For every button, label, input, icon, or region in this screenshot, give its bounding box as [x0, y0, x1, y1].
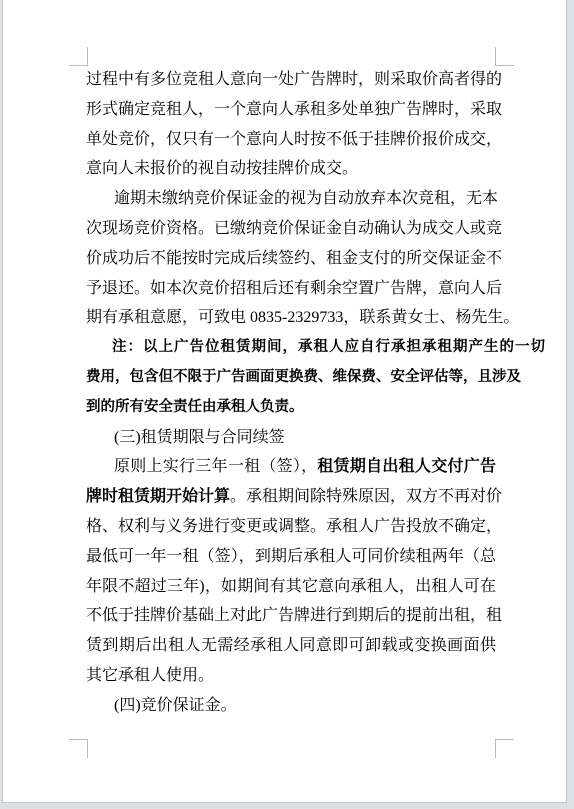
- text-line: 单处竞价，仅只有一个意向人时按不低于挂牌价报价成交，: [86, 125, 496, 155]
- text-area: 过程中有多位竞租人意向一处广告牌时，则采取价高者得的形式确定竞租人，一个意向人承…: [86, 65, 496, 721]
- text-line: 牌时租赁期开始计算。承租期间除特殊原因，双方不再对价: [86, 482, 496, 512]
- crop-mark-top-right-icon: [495, 47, 514, 66]
- text-line: 不低于挂牌价基础上对此广告牌进行到期后的提前出租，租: [86, 601, 496, 631]
- text-run: 价成功后不能按时完成后续签约、租金支付的所交保证金不: [86, 250, 502, 267]
- text-line: 形式确定竞租人，一个意向人承租多处单独广告牌时，采取: [86, 95, 496, 125]
- text-run: 。承租期间除特殊原因，双方不再对价: [230, 488, 502, 505]
- text-line: 次现场竞价资格。已缴纳竞价保证金自动确认为成交人或竞: [86, 214, 496, 244]
- text-run: 不低于挂牌价基础上对此广告牌进行到期后的提前出租，租: [86, 607, 502, 624]
- crop-mark-bottom-left-icon: [69, 739, 88, 758]
- text-run: 原则上实行三年一租（签），: [114, 458, 317, 475]
- heading-section-4: (四)竞价保证金。: [86, 691, 496, 721]
- bold-text-run: 牌时租赁期开始计算: [86, 488, 230, 505]
- para-deposit-forfeiture: 逾期未缴纳竞价保证金的视为自动放弃本次竞租，无本次现场竞价资格。已缴纳竞价保证金…: [86, 184, 496, 333]
- text-line: 其它承租人使用。: [86, 661, 496, 691]
- text-run: 年限不超过三年)，如期间有其它意向承租人，出租人可在: [86, 578, 496, 595]
- bold-text-run: 注：以上广告位租赁期间，承租人应自行承担承租期产生的一切: [112, 339, 545, 355]
- crop-mark-bottom-right-icon: [495, 739, 514, 758]
- text-run: (三)租赁期限与合同续签: [114, 429, 285, 446]
- text-line: 原则上实行三年一租（签），租赁期自出租人交付广告: [86, 452, 496, 482]
- text-line: 年限不超过三年)，如期间有其它意向承租人，出租人可在: [86, 572, 496, 602]
- text-line: 意向人未报价的视自动按挂牌价成交。: [86, 154, 496, 184]
- text-run: 格、权利与义务进行变更或调整。承租人广告投放不确定，: [86, 518, 502, 535]
- text-line: 费用，包含但不限于广告画面更换费、维保费、安全评估等，且涉及: [86, 363, 519, 393]
- text-line: 过程中有多位竞租人意向一处广告牌时，则采取价高者得的: [86, 65, 496, 95]
- text-run: (四)竞价保证金。: [114, 697, 237, 714]
- bold-text-run: 费用，包含但不限于广告画面更换费、维保费、安全评估等，且涉及: [86, 369, 521, 385]
- text-run: 其它承租人使用。: [86, 667, 214, 684]
- text-line: 赁到期后出租人无需经承租人同意即可卸载或变换画面供: [86, 631, 496, 661]
- bold-text-run: 租赁期自出租人交付广告: [317, 458, 496, 475]
- text-line: 注：以上广告位租赁期间，承租人应自行承担承租期产生的一切: [86, 333, 545, 363]
- heading-section-3: (三)租赁期限与合同续签: [86, 423, 496, 453]
- text-line: (三)租赁期限与合同续签: [86, 423, 496, 453]
- text-run: 赁到期后出租人无需经承租人同意即可卸载或变换画面供: [86, 637, 496, 654]
- text-run: 次现场竞价资格。已缴纳竞价保证金自动确认为成交人或竞: [86, 220, 502, 237]
- text-run: 意向人未报价的视自动按挂牌价成交。: [86, 160, 358, 177]
- text-line: 逾期未缴纳竞价保证金的视为自动放弃本次竞租，无本: [86, 184, 496, 214]
- text-line: 期有承租意愿，可致电 0835-2329733，联系黄女士、杨先生。: [86, 303, 496, 333]
- para-bidding-process: 过程中有多位竞租人意向一处广告牌时，则采取价高者得的形式确定竞租人，一个意向人承…: [86, 65, 496, 184]
- text-run: 予退还。如本次竞价招租后还有剩余空置广告牌，意向人后: [86, 280, 502, 297]
- bold-text-run: 到的所有安全责任由承租人负责。: [86, 399, 304, 415]
- crop-mark-top-left-icon: [69, 47, 88, 66]
- text-run: 逾期未缴纳竞价保证金的视为自动放弃本次竞租，无本: [114, 190, 498, 207]
- text-run: 形式确定竞租人，一个意向人承租多处单独广告牌时，采取: [86, 101, 502, 118]
- text-run: 过程中有多位竞租人意向一处广告牌时，则采取价高者得的: [86, 71, 502, 88]
- text-line: 予退还。如本次竞价招租后还有剩余空置广告牌，意向人后: [86, 274, 496, 304]
- text-line: (四)竞价保证金。: [86, 691, 496, 721]
- para-note: 注：以上广告位租赁期间，承租人应自行承担承租期产生的一切费用，包含但不限于广告画…: [86, 333, 496, 422]
- text-line: 格、权利与义务进行变更或调整。承租人广告投放不确定，: [86, 512, 496, 542]
- text-run: 期有承租意愿，可致电 0835-2329733，联系黄女士、杨先生。: [86, 309, 519, 326]
- para-lease-term: 原则上实行三年一租（签），租赁期自出租人交付广告牌时租赁期开始计算。承租期间除特…: [86, 452, 496, 690]
- text-line: 最低可一年一租（签），到期后承租人可同价续租两年（总: [86, 542, 496, 572]
- text-run: 最低可一年一租（签），到期后承租人可同价续租两年（总: [86, 548, 496, 565]
- document-page: 过程中有多位竞租人意向一处广告牌时，则采取价高者得的形式确定竞租人，一个意向人承…: [2, 0, 567, 803]
- text-run: 单处竞价，仅只有一个意向人时按不低于挂牌价报价成交，: [86, 131, 502, 148]
- text-line: 价成功后不能按时完成后续签约、租金支付的所交保证金不: [86, 244, 496, 274]
- text-line: 到的所有安全责任由承租人负责。: [86, 393, 519, 423]
- document-viewer: { "page": { "app_background": "#dde1e4",…: [0, 0, 574, 809]
